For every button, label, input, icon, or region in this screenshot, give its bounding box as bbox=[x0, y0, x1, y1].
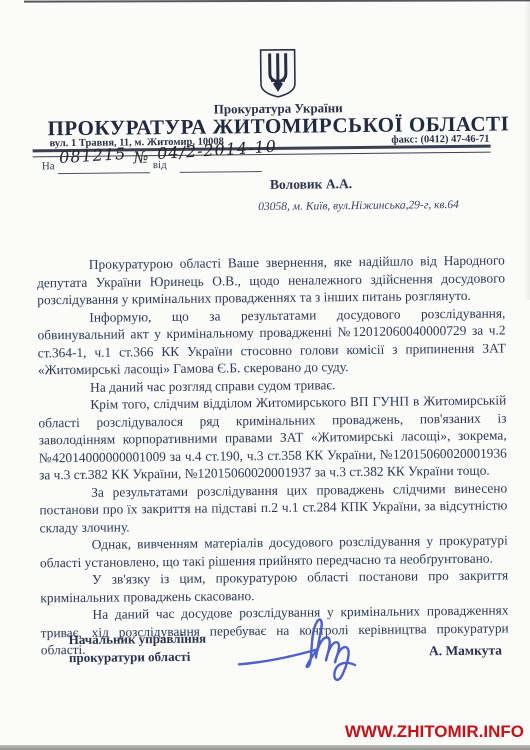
handwritten-signature bbox=[234, 607, 385, 694]
handwritten-date: 081215 bbox=[59, 144, 127, 167]
ref-label-vid: від bbox=[153, 159, 167, 171]
letter-body: Прокуратурою області Ваше звернення, яке… bbox=[37, 251, 509, 658]
paragraph: Прокуратурою області Ваше звернення, яке… bbox=[37, 251, 506, 308]
recipient-name: Воловик А.А. bbox=[270, 176, 352, 193]
ref-underline-1 bbox=[58, 172, 150, 174]
handwritten-number-sign: № bbox=[133, 147, 150, 167]
ukraine-trident-emblem-icon bbox=[258, 48, 299, 100]
site-watermark: WWW.ZHITOMIR.INFO bbox=[345, 722, 524, 742]
paragraph: Однак, вивченням матеріалів досудового р… bbox=[40, 531, 508, 571]
scanned-letter: Прокуратура України ПРОКУРАТУРА ЖИТОМИРС… bbox=[0, 0, 530, 750]
letter-content: Прокуратура України ПРОКУРАТУРА ЖИТОМИРС… bbox=[0, 0, 530, 750]
signer-name: А. Мамкута bbox=[429, 643, 502, 660]
signer-position: Начальник управління прокуратури області bbox=[69, 630, 207, 667]
paragraph: Крім того, слідчим відділом Житомирськог… bbox=[38, 391, 507, 483]
scan-edge-bottom bbox=[0, 745, 530, 750]
signer-position-line2: прокуратури області bbox=[69, 648, 207, 667]
signer-position-line1: Начальник управління bbox=[69, 630, 207, 649]
paragraph: Інформую, що за результатами досудового … bbox=[37, 304, 506, 379]
ref-label-na: На bbox=[42, 160, 55, 172]
recipient-address: 03058, м. Київ, вул.Ніжинська,29-г, кв.6… bbox=[258, 199, 459, 213]
ref-underline-2 bbox=[180, 171, 262, 173]
paragraph: За результатами розслідування цих провад… bbox=[39, 479, 508, 536]
paragraph: У зв'язку із цим, прокуратурою області п… bbox=[40, 566, 508, 606]
